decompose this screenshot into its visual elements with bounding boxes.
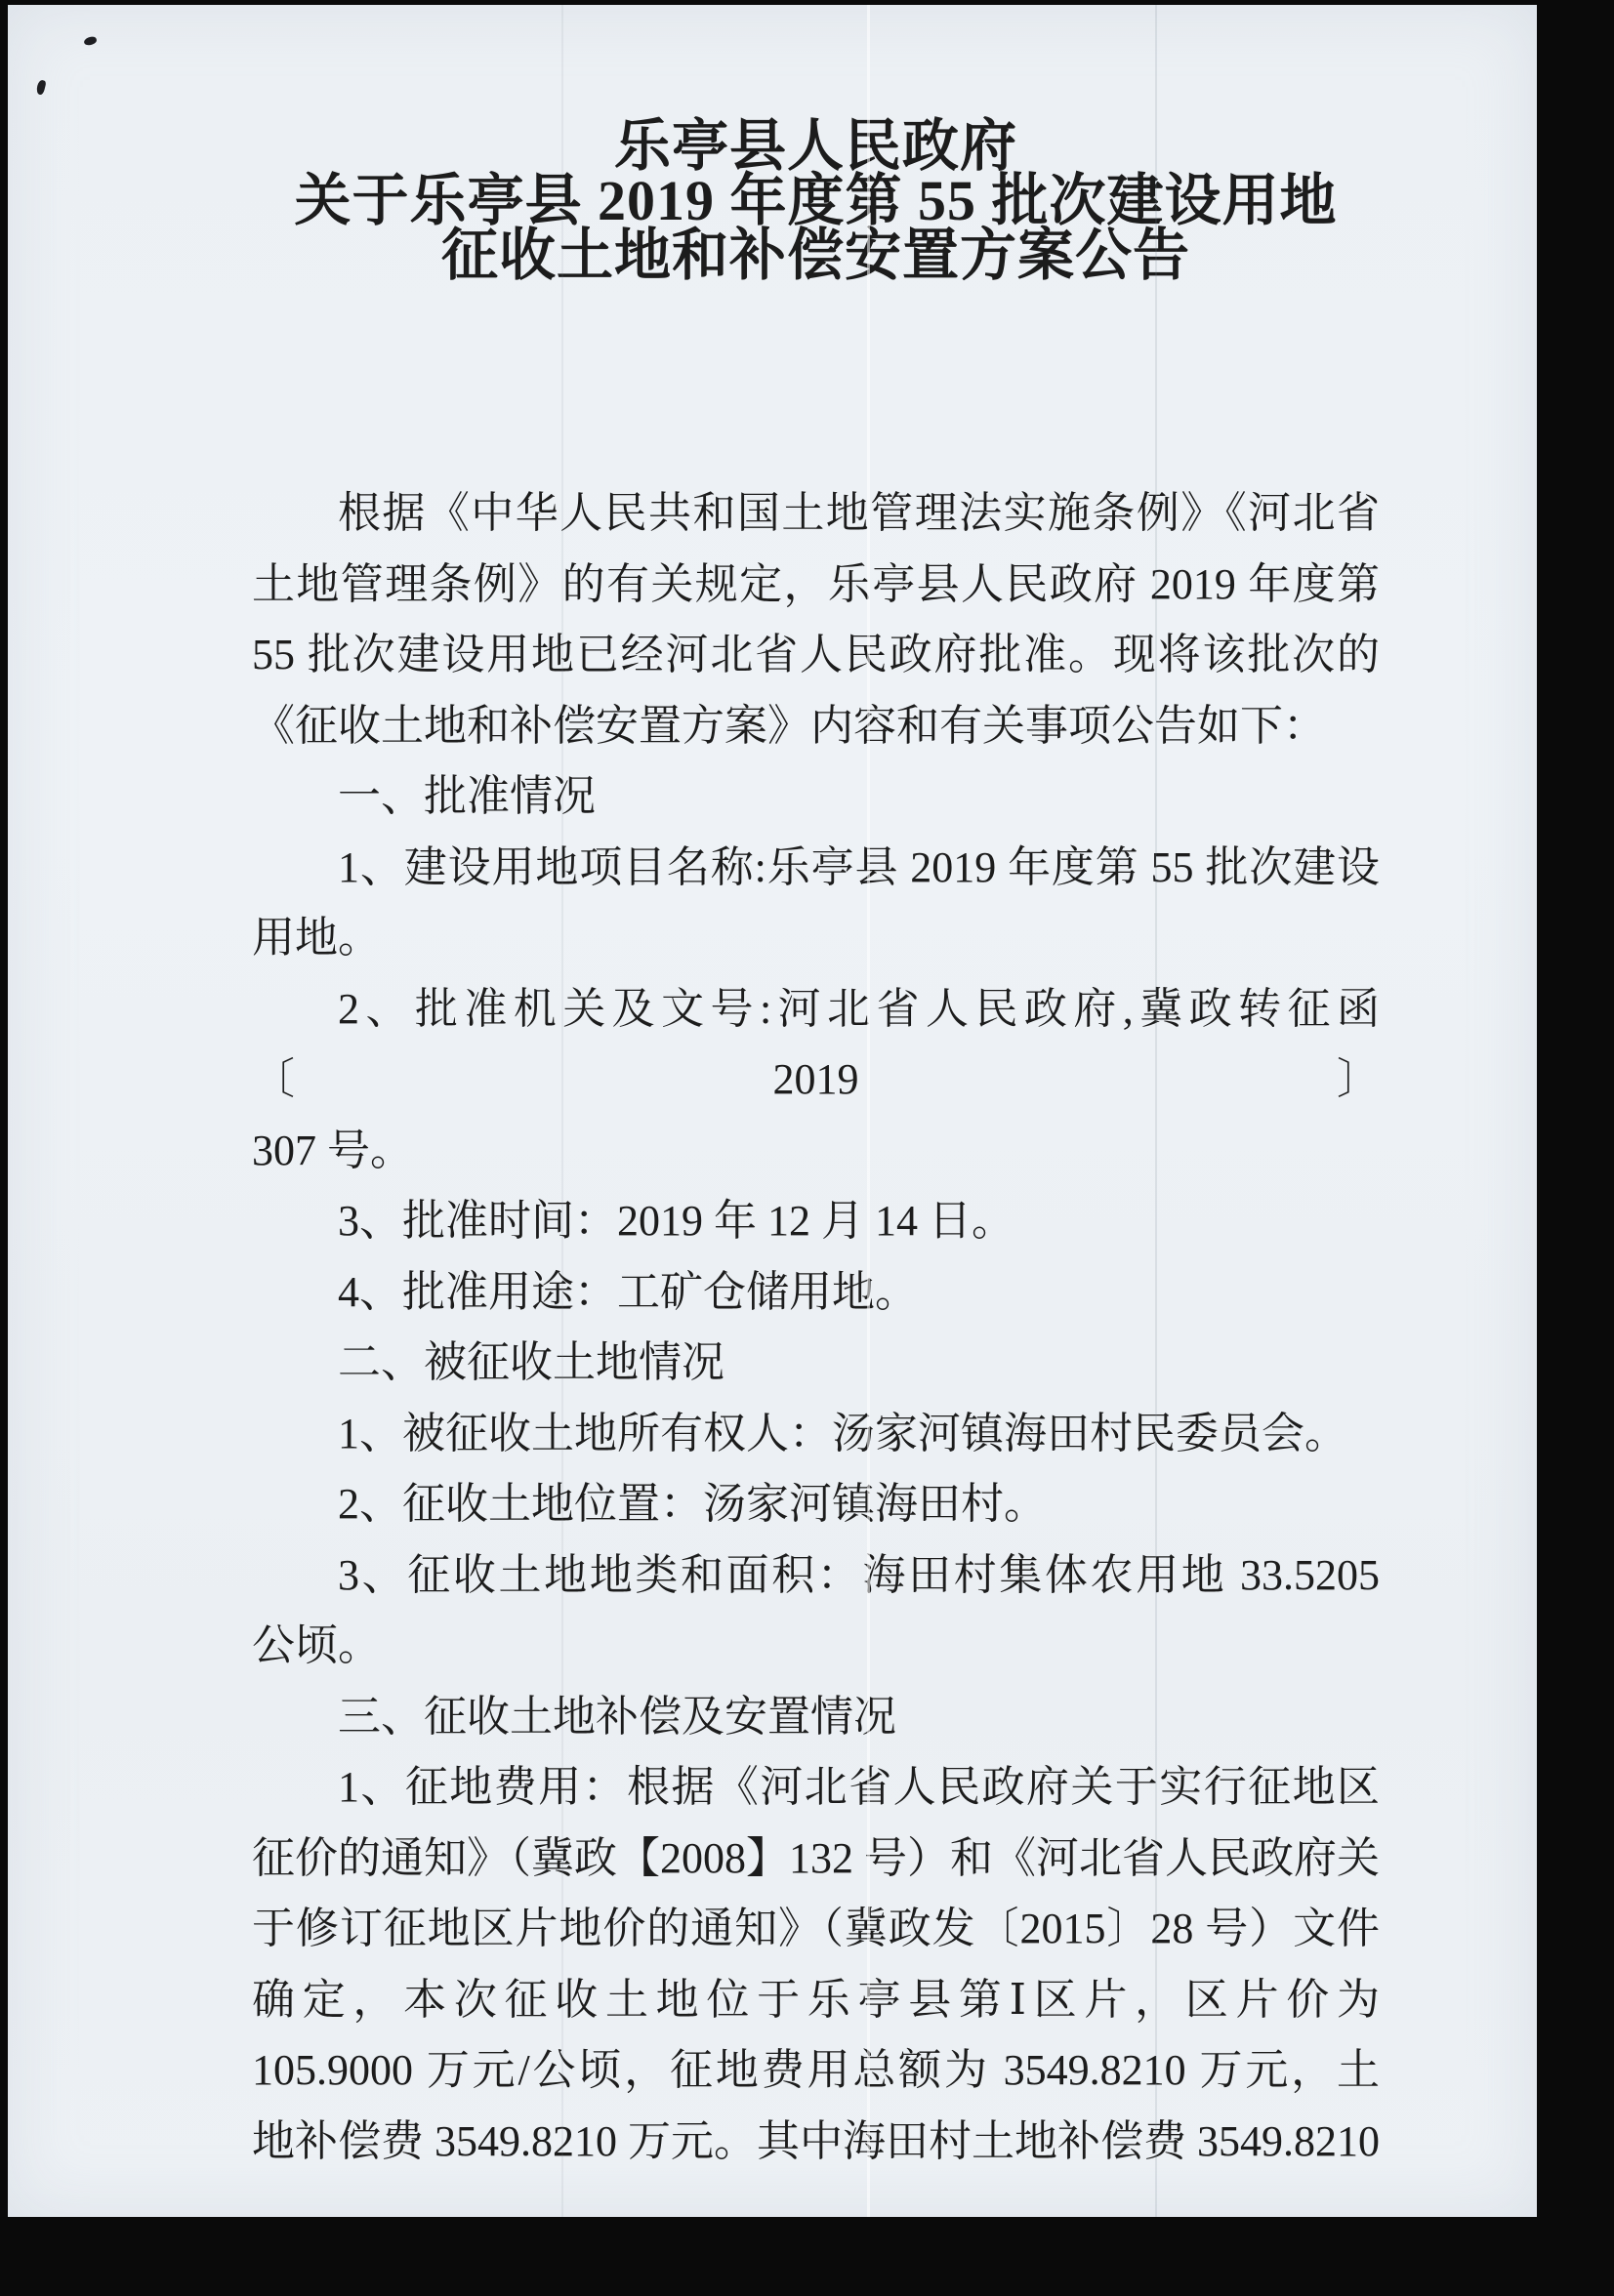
body-line: 《征收土地和补偿安置方案》内容和有关事项公告如下： [252, 691, 1380, 762]
body-line: 一、批准情况 [252, 761, 1380, 833]
document-title: 乐亭县人民政府关于乐亭县 2019 年度第 55 批次建设用地征收土地和补偿安置… [252, 119, 1380, 283]
body-line: 地补偿费 3549.8210 万元。其中海田村土地补偿费 3549.8210 [252, 2107, 1380, 2178]
title-line: 乐亭县人民政府 [252, 119, 1380, 174]
document-body: 根据《中华人民共和国土地管理法实施条例》《河北省土地管理条例》的有关规定，乐亭县… [252, 478, 1380, 2177]
title-line: 关于乐亭县 2019 年度第 55 批次建设用地 [252, 174, 1380, 228]
ink-speck [35, 79, 46, 95]
body-line: 105.9000 万元/公顷，征地费用总额为 3549.8210 万元，土 [252, 2035, 1380, 2107]
document-content: 乐亭县人民政府关于乐亭县 2019 年度第 55 批次建设用地征收土地和补偿安置… [252, 5, 1380, 2177]
body-line: 于修订征地区片地价的通知》（冀政发〔2015〕28 号）文件 [252, 1894, 1380, 1965]
body-line: 三、征收土地补偿及安置情况 [252, 1682, 1380, 1753]
body-line: 土地管理条例》的有关规定，乐亭县人民政府 2019 年度第 [252, 550, 1380, 621]
body-line: 1、建设用地项目名称:乐亭县 2019 年度第 55 批次建设 [252, 833, 1380, 904]
body-line: 2、征收土地位置：汤家河镇海田村。 [252, 1469, 1380, 1540]
body-line: 307 号。 [252, 1116, 1380, 1187]
scanned-page: 乐亭县人民政府关于乐亭县 2019 年度第 55 批次建设用地征收土地和补偿安置… [0, 0, 1614, 2296]
body-line: 3、征收土地地类和面积：海田村集体农用地 33.5205 [252, 1540, 1380, 1612]
ink-speck [83, 35, 98, 47]
body-line: 3、批准时间：2019 年 12 月 14 日。 [252, 1186, 1380, 1257]
document-paper: 乐亭县人民政府关于乐亭县 2019 年度第 55 批次建设用地征收土地和补偿安置… [8, 5, 1537, 2217]
body-line: 55 批次建设用地已经河北省人民政府批准。现将该批次的 [252, 620, 1380, 691]
body-line: 公顷。 [252, 1611, 1380, 1682]
body-line: 征价的通知》（冀政【2008】132 号）和《河北省人民政府关 [252, 1824, 1380, 1895]
body-line: 2、批准机关及文号:河北省人民政府,冀政转征函〔2019〕 [252, 974, 1380, 1116]
body-line: 二、被征收土地情况 [252, 1328, 1380, 1399]
body-line: 根据《中华人民共和国土地管理法实施条例》《河北省 [252, 478, 1380, 550]
body-line: 1、被征收土地所有权人：汤家河镇海田村民委员会。 [252, 1399, 1380, 1470]
body-line: 用地。 [252, 903, 1380, 974]
body-line: 1、征地费用：根据《河北省人民政府关于实行征地区 [252, 1752, 1380, 1824]
body-line: 4、批准用途：工矿仓储用地。 [252, 1257, 1380, 1329]
title-line: 征收土地和补偿安置方案公告 [252, 228, 1380, 283]
body-line: 确定，本次征收土地位于乐亭县第Ⅰ区片，区片价为 [252, 1965, 1380, 2036]
